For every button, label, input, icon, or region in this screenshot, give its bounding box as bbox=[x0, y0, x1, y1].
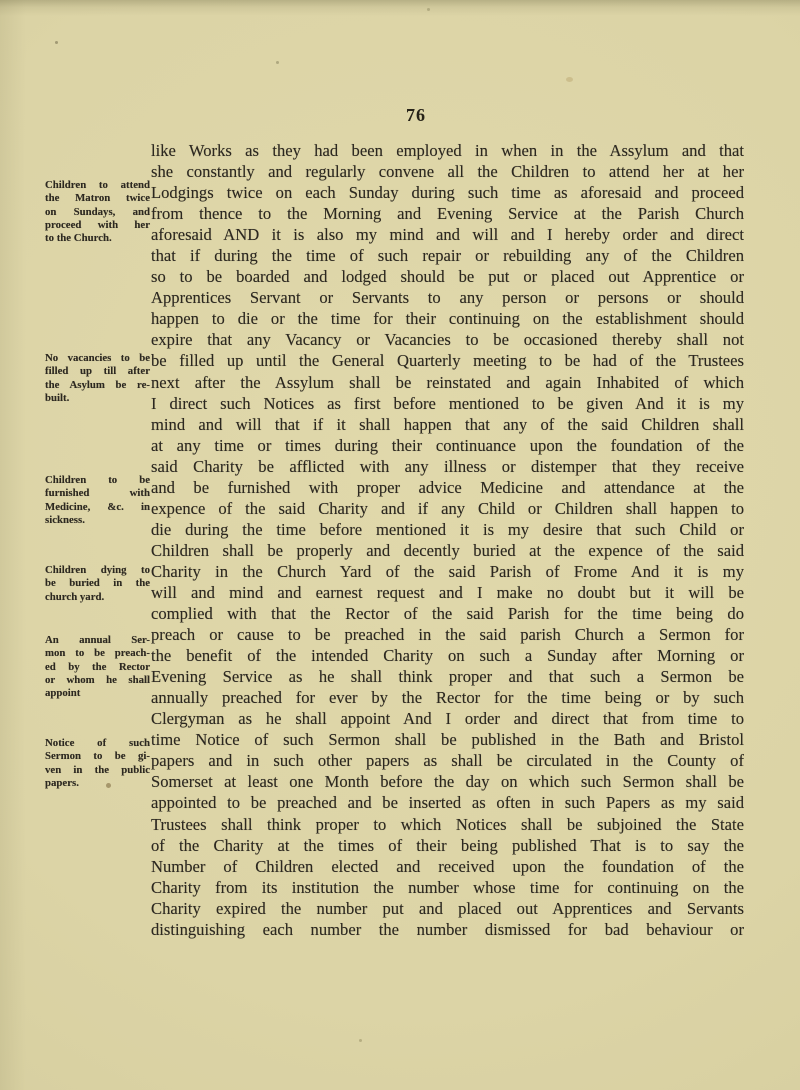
text-line: Lodgings twice on each Sunday during suc… bbox=[151, 182, 744, 203]
page-top-scan-shadow bbox=[0, 0, 800, 16]
text-line: aforesaid AND it is also my mind and wil… bbox=[151, 224, 744, 245]
text-line: that if during the time of such repair o… bbox=[151, 245, 744, 266]
text-line: mon to be preach- bbox=[45, 647, 150, 660]
text-line: time Notice of such Sermon shall be publ… bbox=[151, 729, 744, 750]
will-body-text: like Works as they had been employed in … bbox=[151, 140, 744, 940]
page-left-scan-shadow bbox=[0, 0, 26, 1090]
text-line: Sermon to be gi- bbox=[45, 750, 150, 763]
text-line: papers and in such other papers as shall… bbox=[151, 750, 744, 771]
paper-speck bbox=[55, 41, 58, 44]
margin-note-annual-sermon: An annual Ser-mon to be preach-ed by the… bbox=[45, 634, 150, 700]
text-line: or whom he shall bbox=[45, 674, 150, 687]
text-line: Somerset at least one Month before the d… bbox=[151, 771, 744, 792]
text-line: ed by the Rector bbox=[45, 661, 150, 674]
text-line: of the Charity at the times of their bei… bbox=[151, 835, 744, 856]
text-line: will and mind and earnest request and I … bbox=[151, 582, 744, 603]
margin-note-burial-in-churchyard: Children dying tobe buried in thechurch … bbox=[45, 564, 150, 604]
text-line: expence of the said Charity and if any C… bbox=[151, 498, 744, 519]
text-line: said Charity be afflicted with any illne… bbox=[151, 456, 744, 477]
text-line: and be furnished with proper advice Medi… bbox=[151, 477, 744, 498]
text-line: An annual Ser- bbox=[45, 634, 150, 647]
text-line: annually preached for ever by the Rector… bbox=[151, 687, 744, 708]
text-line: Apprentices Servant or Servants to any p… bbox=[151, 287, 744, 308]
text-line: Charity expired the number put and place… bbox=[151, 898, 744, 919]
paper-speck bbox=[359, 1039, 362, 1042]
text-line: proceed with her bbox=[45, 219, 150, 232]
text-line: Number of Children elected and received … bbox=[151, 856, 744, 877]
text-line: complied with that the Rector of the sai… bbox=[151, 603, 744, 624]
text-line: No vacancies to be bbox=[45, 352, 150, 365]
text-line: Evening Service as he shall think proper… bbox=[151, 666, 744, 687]
text-line: I direct such Notices as first before me… bbox=[151, 393, 744, 414]
text-line: appointed to be preached and be inserted… bbox=[151, 792, 744, 813]
margin-note-no-vacancies-till-rebuilt: No vacancies to befilled up till afterth… bbox=[45, 352, 150, 405]
text-line: Trustees shall think proper to which Not… bbox=[151, 814, 744, 835]
text-line: Children to be bbox=[45, 474, 150, 487]
paper-speck bbox=[427, 8, 430, 11]
text-line: from thence to the Morning and Evening S… bbox=[151, 203, 744, 224]
text-line: like Works as they had been employed in … bbox=[151, 140, 744, 161]
text-line: she constantly and regularly convene all… bbox=[151, 161, 744, 182]
text-line: Medicine, &c. in bbox=[45, 501, 150, 514]
text-line: Charity from its institution the number … bbox=[151, 877, 744, 898]
text-line: Children dying to bbox=[45, 564, 150, 577]
text-line: filled up till after bbox=[45, 365, 150, 378]
text-line: on Sundays, and bbox=[45, 206, 150, 219]
text-line: expire that any Vacancy or Vacancies to … bbox=[151, 329, 744, 350]
text-line: to the Church. bbox=[45, 232, 150, 245]
text-line: distinguishing each number the number di… bbox=[151, 919, 744, 940]
scanned-book-page: 76 Children to attendthe Matron twiceon … bbox=[0, 0, 800, 1090]
text-line: die during the time before mentioned it … bbox=[151, 519, 744, 540]
page-number: 76 bbox=[399, 105, 433, 126]
text-line: papers. bbox=[45, 777, 150, 790]
text-line: mind and will that if it shall happen th… bbox=[151, 414, 744, 435]
text-line: Children to attend bbox=[45, 179, 150, 192]
text-line: Clergyman as he shall appoint And I orde… bbox=[151, 708, 744, 729]
margin-note-sermon-notice-in-papers: Notice of suchSermon to be gi-ven in the… bbox=[45, 737, 150, 790]
text-line: the Matron twice bbox=[45, 192, 150, 205]
text-line: church yard. bbox=[45, 591, 150, 604]
paper-speck bbox=[276, 61, 279, 64]
text-line: appoint bbox=[45, 687, 150, 700]
margin-note-medicine-in-sickness: Children to befurnished withMedicine, &c… bbox=[45, 474, 150, 527]
text-line: happen to die or the time for their cont… bbox=[151, 308, 744, 329]
text-line: Charity in the Church Yard of the said P… bbox=[151, 561, 744, 582]
text-line: so to be boarded and lodged should be pu… bbox=[151, 266, 744, 287]
text-line: the benefit of the intended Charity on s… bbox=[151, 645, 744, 666]
text-line: next after the Assylum shall be reinstat… bbox=[151, 372, 744, 393]
text-line: be buried in the bbox=[45, 577, 150, 590]
text-line: sickness. bbox=[45, 514, 150, 527]
text-line: furnished with bbox=[45, 487, 150, 500]
text-line: Notice of such bbox=[45, 737, 150, 750]
text-line: ven in the public bbox=[45, 764, 150, 777]
text-line: Children shall be properly and decently … bbox=[151, 540, 744, 561]
text-line: at any time or times during their contin… bbox=[151, 435, 744, 456]
text-line: the Asylum be re- bbox=[45, 379, 150, 392]
text-line: preach or cause to be preached in the sa… bbox=[151, 624, 744, 645]
paper-stain bbox=[566, 77, 573, 82]
text-line: be filled up until the General Quarterly… bbox=[151, 350, 744, 371]
text-line: built. bbox=[45, 392, 150, 405]
margin-note-children-attend-matron: Children to attendthe Matron twiceon Sun… bbox=[45, 179, 150, 245]
